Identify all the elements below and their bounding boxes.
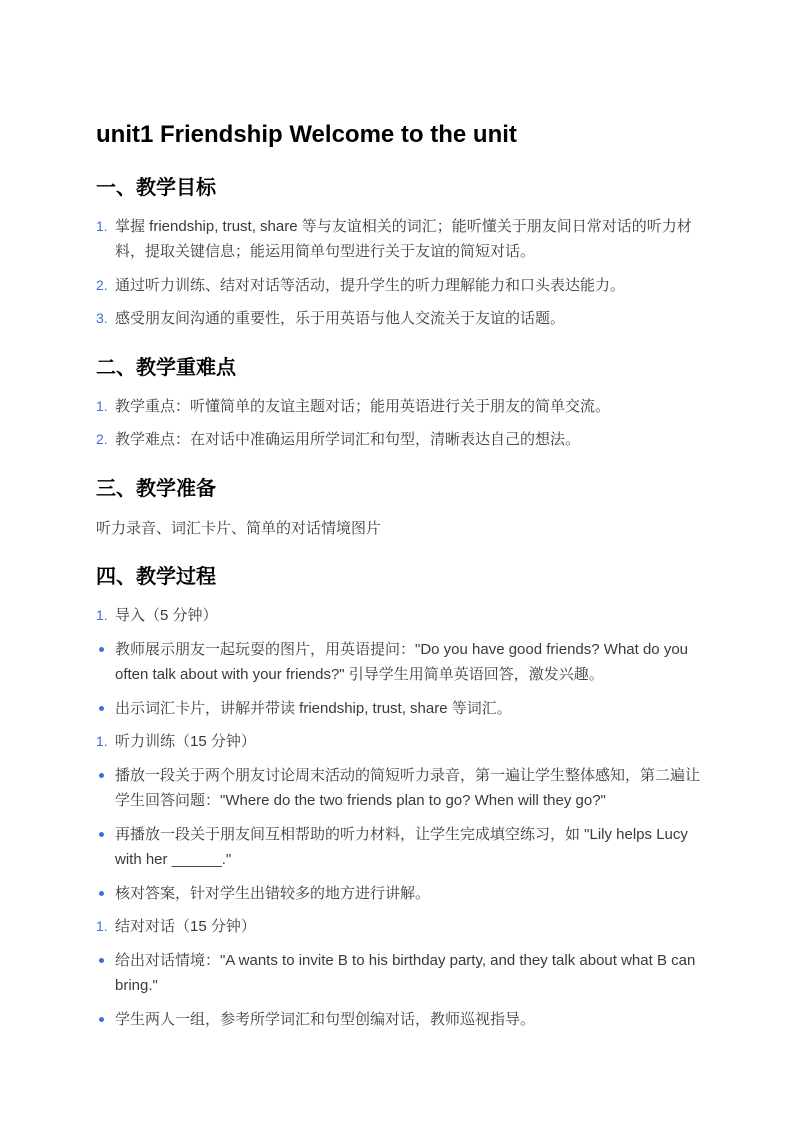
section-heading: 一、教学目标 (96, 176, 700, 201)
list-item-text: 学生两人一组，参考所学词汇和句型创编对话，教师巡视指导。 (115, 1011, 535, 1028)
list-item: 2. 教学难点：在对话中准确运用所学词汇和句型，清晰表达自己的想法。 (96, 427, 700, 453)
list-item-text: 感受朋友间沟通的重要性，乐于用英语与他人交流关于友谊的话题。 (115, 310, 565, 327)
list-item: 1. 结对对话（15 分钟） (96, 914, 700, 940)
section-teaching-preparation: 三、教学准备 听力录音、词汇卡片、简单的对话情境图片 (96, 477, 700, 542)
list-item-text: 播放一段关于两个朋友讨论周末活动的简短听力录音，第一遍让学生整体感知，第二遍让学… (115, 767, 700, 810)
numbered-list: 1. 听力训练（15 分钟） (96, 729, 700, 755)
section-teaching-objectives: 一、教学目标 1. 掌握 friendship, trust, share 等与… (96, 176, 700, 332)
list-item: 出示词汇卡片，讲解并带读 friendship, trust, share 等词… (96, 696, 700, 722)
paragraph: 听力录音、词汇卡片、简单的对话情境图片 (96, 516, 700, 542)
bullet-icon (99, 647, 104, 652)
section-teaching-process: 四、教学过程 1. 导入（5 分钟） 教师展示朋友一起玩耍的图片，用英语提问："… (96, 565, 700, 1032)
section-key-difficult-points: 二、教学重难点 1. 教学重点：听懂简单的友谊主题对话；能用英语进行关于朋友的简… (96, 356, 700, 453)
list-item-text: 教学难点：在对话中准确运用所学词汇和句型，清晰表达自己的想法。 (115, 431, 580, 448)
list-number: 2. (96, 273, 108, 298)
section-heading: 四、教学过程 (96, 565, 700, 590)
list-item: 1. 听力训练（15 分钟） (96, 729, 700, 755)
list-item-text: 教学重点：听懂简单的友谊主题对话；能用英语进行关于朋友的简单交流。 (115, 398, 610, 415)
list-number: 1. (96, 729, 108, 754)
list-item: 1. 导入（5 分钟） (96, 603, 700, 629)
list-item: 教师展示朋友一起玩耍的图片，用英语提问："Do you have good fr… (96, 637, 700, 688)
list-item: 核对答案，针对学生出错较多的地方进行讲解。 (96, 881, 700, 907)
list-item: 给出对话情境："A wants to invite B to his birth… (96, 948, 700, 999)
list-number: 2. (96, 427, 108, 452)
numbered-list: 1. 结对对话（15 分钟） (96, 914, 700, 940)
bullet-icon (99, 832, 104, 837)
numbered-list: 1. 掌握 friendship, trust, share 等与友谊相关的词汇… (96, 214, 700, 332)
list-item-text: 通过听力训练、结对对话等活动，提升学生的听力理解能力和口头表达能力。 (115, 277, 625, 294)
list-item-text: 给出对话情境："A wants to invite B to his birth… (115, 952, 695, 995)
list-item-text: 掌握 friendship, trust, share 等与友谊相关的词汇；能听… (115, 218, 692, 261)
bullet-icon (99, 1017, 104, 1022)
list-item: 学生两人一组，参考所学词汇和句型创编对话，教师巡视指导。 (96, 1007, 700, 1033)
numbered-list: 1. 导入（5 分钟） (96, 603, 700, 629)
section-heading: 三、教学准备 (96, 477, 700, 502)
bullet-icon (99, 706, 104, 711)
bullet-icon (99, 958, 104, 963)
list-number: 1. (96, 394, 108, 419)
list-item: 再播放一段关于朋友间互相帮助的听力材料，让学生完成填空练习，如 "Lily he… (96, 822, 700, 873)
document-page: unit1 Friendship Welcome to the unit 一、教… (0, 0, 794, 1123)
list-item-text: 核对答案，针对学生出错较多的地方进行讲解。 (115, 885, 430, 902)
bullet-icon (99, 773, 104, 778)
bullet-list: 给出对话情境："A wants to invite B to his birth… (96, 948, 700, 1033)
list-item: 播放一段关于两个朋友讨论周末活动的简短听力录音，第一遍让学生整体感知，第二遍让学… (96, 763, 700, 814)
list-item-text: 听力训练（15 分钟） (115, 733, 256, 750)
list-number: 1. (96, 214, 108, 239)
list-item: 2. 通过听力训练、结对对话等活动，提升学生的听力理解能力和口头表达能力。 (96, 273, 700, 299)
list-item: 3. 感受朋友间沟通的重要性，乐于用英语与他人交流关于友谊的话题。 (96, 306, 700, 332)
list-item-text: 结对对话（15 分钟） (115, 918, 256, 935)
list-item: 1. 掌握 friendship, trust, share 等与友谊相关的词汇… (96, 214, 700, 265)
list-item: 1. 教学重点：听懂简单的友谊主题对话；能用英语进行关于朋友的简单交流。 (96, 394, 700, 420)
list-number: 1. (96, 914, 108, 939)
list-item-text: 再播放一段关于朋友间互相帮助的听力材料，让学生完成填空练习，如 "Lily he… (115, 826, 688, 869)
list-number: 1. (96, 603, 108, 628)
list-item-text: 教师展示朋友一起玩耍的图片，用英语提问："Do you have good fr… (115, 641, 688, 684)
numbered-list: 1. 教学重点：听懂简单的友谊主题对话；能用英语进行关于朋友的简单交流。 2. … (96, 394, 700, 453)
bullet-list: 播放一段关于两个朋友讨论周末活动的简短听力录音，第一遍让学生整体感知，第二遍让学… (96, 763, 700, 907)
bullet-list: 教师展示朋友一起玩耍的图片，用英语提问："Do you have good fr… (96, 637, 700, 722)
bullet-icon (99, 891, 104, 896)
section-heading: 二、教学重难点 (96, 356, 700, 381)
page-title: unit1 Friendship Welcome to the unit (96, 121, 700, 150)
list-item-text: 出示词汇卡片，讲解并带读 friendship, trust, share 等词… (115, 700, 512, 717)
list-item-text: 导入（5 分钟） (115, 607, 218, 624)
list-number: 3. (96, 306, 108, 331)
